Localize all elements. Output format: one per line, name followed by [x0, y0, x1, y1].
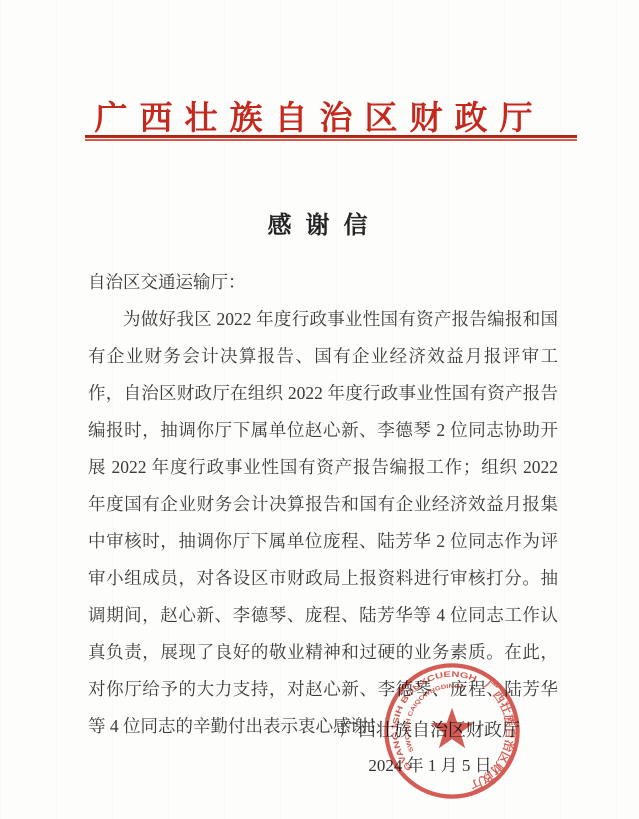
letter-page: 广西壮族自治区财政厅 感 谢 信 自治区交通运输厅： 为做好我区 2022 年度…	[0, 0, 639, 819]
signature-agency: 广西壮族自治区财政厅	[300, 712, 560, 748]
letter-body: 自治区交通运输厅： 为做好我区 2022 年度行政事业性国有资产报告编报和国有企…	[88, 264, 558, 745]
body-paragraph: 为做好我区 2022 年度行政事业性国有资产报告编报和国有企业财务会计决算报告、…	[88, 301, 558, 745]
letter-title: 感 谢 信	[0, 205, 639, 240]
signature-block: 广西壮族自治区财政厅 2024 年 1 月 5 日	[300, 712, 560, 784]
salutation: 自治区交通运输厅：	[88, 264, 558, 301]
masthead-agency-title: 广西壮族自治区财政厅	[0, 92, 639, 139]
masthead-rule	[85, 135, 577, 141]
signature-date: 2024 年 1 月 5 日	[300, 748, 560, 784]
